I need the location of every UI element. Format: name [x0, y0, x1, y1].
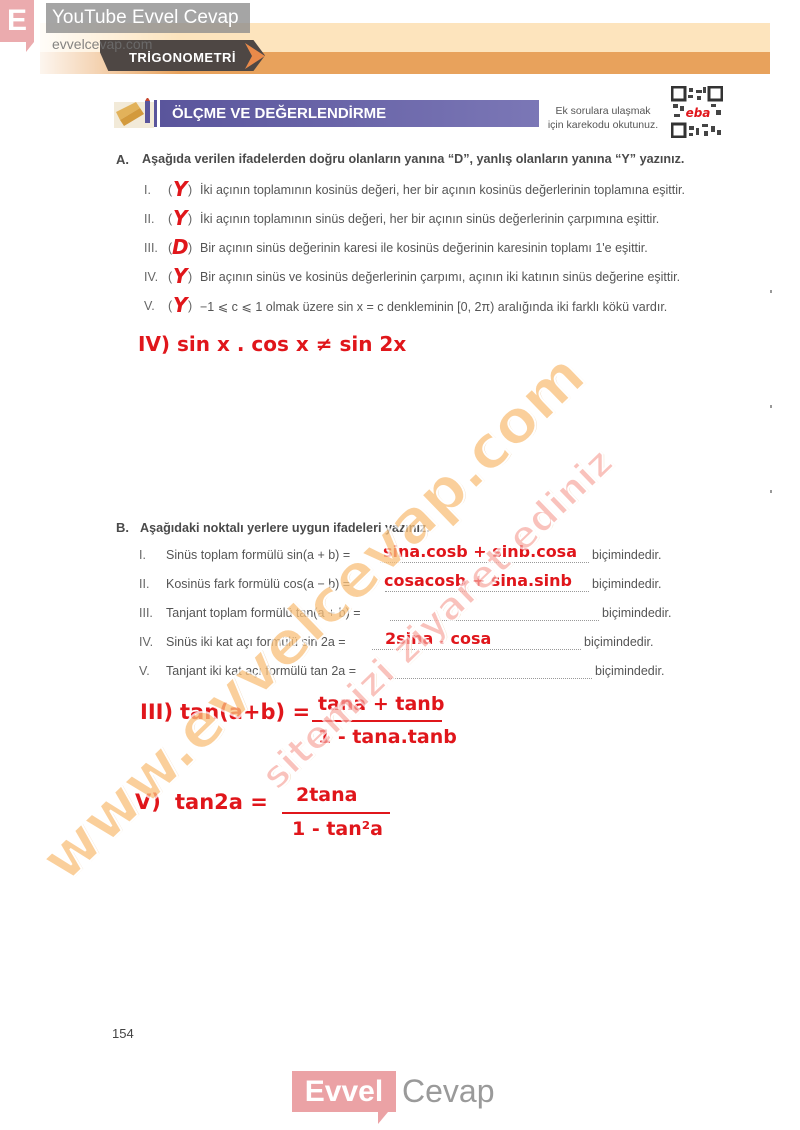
- answer-paren-close: ): [188, 299, 192, 313]
- item-roman: V.: [139, 664, 150, 678]
- work-v-lhs: tan2a =: [175, 790, 268, 814]
- qr-note-line2: için karekodu okutunuz.: [540, 118, 666, 132]
- youtube-channel-label: YouTube Evvel Cevap: [46, 3, 250, 33]
- answer-mark[interactable]: Y: [173, 293, 187, 317]
- item-text: Bir açının sinüs değerinin karesi ile ko…: [200, 241, 648, 255]
- answer-mark[interactable]: Y: [173, 206, 187, 230]
- scan-mark: [770, 405, 772, 408]
- qr-note-line1: Ek sorulara ulaşmak: [540, 104, 666, 118]
- item-roman: III.: [139, 606, 153, 620]
- part-a-letter: A.: [116, 152, 129, 167]
- answer-mark[interactable]: Y: [173, 177, 187, 201]
- scan-mark: [770, 490, 772, 493]
- answer-paren-close: ): [188, 241, 192, 255]
- answer-paren-open: (: [168, 183, 172, 197]
- item-suffix: biçimindedir.: [592, 577, 661, 591]
- scan-mark: [770, 290, 772, 293]
- page-number: 154: [112, 1026, 134, 1041]
- item-roman: IV.: [139, 635, 153, 649]
- work-v-denominator: 1 - tan²a: [292, 818, 383, 840]
- bottom-logo-cevap: Cevap: [402, 1071, 495, 1112]
- handwritten-note-iv: IV) sin x . cos x ≠ sin 2x: [138, 332, 406, 356]
- work-v-fraction-line: [282, 812, 390, 814]
- part-a-instruction: Aşağıda verilen ifadelerden doğru olanla…: [142, 152, 684, 166]
- work-v-numerator: 2tana: [296, 784, 357, 806]
- qr-note: Ek sorulara ulaşmak için karekodu okutun…: [540, 104, 666, 132]
- item-suffix: biçimindedir.: [595, 664, 664, 678]
- evvel-logo-icon: E: [0, 0, 34, 42]
- item-suffix: biçimindedir.: [584, 635, 653, 649]
- answer-paren-open: (: [168, 299, 172, 313]
- answer-mark[interactable]: Y: [173, 264, 187, 288]
- item-roman: II.: [144, 212, 154, 226]
- item-text: −1 ⩽ c ⩽ 1 olmak üzere sin x = c denklem…: [200, 299, 667, 314]
- qr-code-icon[interactable]: eba: [671, 86, 723, 138]
- item-suffix: biçimindedir.: [592, 548, 661, 562]
- svg-text:eba: eba: [686, 106, 711, 120]
- answer-paren-close: ): [188, 270, 192, 284]
- item-text: İki açının toplamının sinüs değeri, her …: [200, 212, 659, 226]
- item-roman: I.: [144, 183, 151, 197]
- item-roman: IV.: [144, 270, 158, 284]
- section-title: ÖLÇME VE DEĞERLENDİRME: [157, 100, 539, 127]
- answer-blank[interactable]: [388, 678, 592, 679]
- answer-paren-close: ): [188, 212, 192, 226]
- part-b-letter: B.: [116, 520, 129, 535]
- answer-paren-open: (: [168, 270, 172, 284]
- item-roman: II.: [139, 577, 149, 591]
- item-roman: V.: [144, 299, 155, 313]
- item-text: İki açının toplamının kosinüs değeri, he…: [200, 183, 685, 197]
- item-text: Bir açının sinüs ve kosinüs değerlerinin…: [200, 270, 680, 284]
- answer-mark[interactable]: D: [172, 235, 189, 259]
- pencil-ruler-icon: [114, 98, 154, 128]
- answer-paren-open: (: [168, 212, 172, 226]
- watermark-site-link[interactable]: evvelcevap.com: [52, 36, 152, 52]
- answer-paren-close: ): [188, 183, 192, 197]
- item-roman: I.: [139, 548, 146, 562]
- item-suffix: biçimindedir.: [602, 606, 671, 620]
- bottom-logo-evvel: Evvel: [292, 1071, 396, 1112]
- item-roman: III.: [144, 241, 158, 255]
